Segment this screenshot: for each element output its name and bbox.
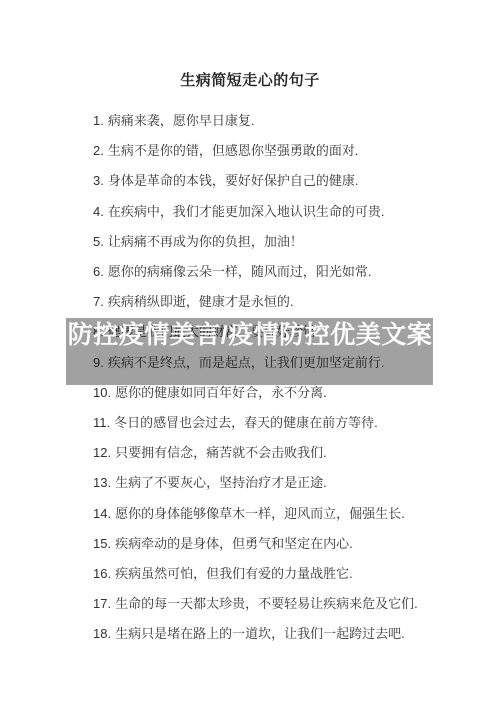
document-page: 生病简短走心的句子 1.病痛来袭，愿你早日康复.2.生病不是你的错，但感恩你坚强… <box>0 0 500 706</box>
list-item: 6.愿你的病痛像云朵一样，随风而过，阳光如常. <box>93 257 470 287</box>
item-number: 10. <box>93 385 111 400</box>
item-text: 愿你的健康如同百年好合，永不分离. <box>115 385 327 400</box>
item-text: 生病不是你的错，但感恩你坚强勇敢的面对. <box>108 143 359 158</box>
list-item: 11.冬日的感冒也会过去，春天的健康在前方等待. <box>93 408 470 438</box>
list-item: 1.病痛来袭，愿你早日康复. <box>93 106 470 136</box>
item-number: 6. <box>93 264 104 279</box>
list-item: 17.生命的每一天都太珍贵，不要轻易让疾病来危及它们. <box>93 589 470 619</box>
item-text: 疾病牵动的是身体，但勇气和坚定在内心. <box>115 536 353 551</box>
item-text: 生命的每一天都太珍贵，不要轻易让疾病来危及它们. <box>115 596 418 611</box>
item-number: 14. <box>93 506 111 521</box>
item-text: 生病了不要灰心，坚持治疗才是正途. <box>115 475 327 490</box>
list-item: 18.生病只是堵在路上的一道坎，让我们一起跨过去吧. <box>93 619 470 649</box>
item-text: 愿你的病痛像云朵一样，随风而过，阳光如常. <box>108 264 372 279</box>
watermark-title: 防控疫情美言/疫情防控优美文案 <box>66 319 434 385</box>
item-number: 1. <box>93 113 104 128</box>
list-item: 2.生病不是你的错，但感恩你坚强勇敢的面对. <box>93 136 470 166</box>
item-number: 18. <box>93 626 111 641</box>
list-item: 15.疾病牵动的是身体，但勇气和坚定在内心. <box>93 529 470 559</box>
item-number: 4. <box>93 204 104 219</box>
item-number: 13. <box>93 475 111 490</box>
item-text: 愿你的身体能够像草木一样，迎风而立，倔强生长. <box>115 506 405 521</box>
item-number: 2. <box>93 143 104 158</box>
item-number: 5. <box>93 234 104 249</box>
item-number: 15. <box>93 536 111 551</box>
item-text: 疾病稍纵即逝，健康才是永恒的. <box>108 294 294 309</box>
item-text: 病痛来袭，愿你早日康复. <box>108 113 255 128</box>
item-number: 12. <box>93 445 111 460</box>
item-number: 3. <box>93 173 104 188</box>
list-item: 3.身体是革命的本钱，要好好保护自己的健康. <box>93 166 470 196</box>
item-number: 17. <box>93 596 111 611</box>
list-item: 12.只要拥有信念，痛苦就不会击败我们. <box>93 438 470 468</box>
list-item: 7.疾病稍纵即逝，健康才是永恒的. <box>93 287 470 317</box>
item-text: 身体是革命的本钱，要好好保护自己的健康. <box>108 173 359 188</box>
list-item: 14.愿你的身体能够像草木一样，迎风而立，倔强生长. <box>93 499 470 529</box>
item-text: 在疾病中，我们才能更加深入地认识生命的可贵. <box>108 204 385 219</box>
list-item: 5.让病痛不再成为你的负担，加油！ <box>93 227 470 257</box>
list-item: 13.生病了不要灰心，坚持治疗才是正途. <box>93 468 470 498</box>
list-item: 4.在疾病中，我们才能更加深入地认识生命的可贵. <box>93 197 470 227</box>
item-text: 让病痛不再成为你的负担，加油！ <box>108 234 303 249</box>
item-text: 只要拥有信念，痛苦就不会击败我们. <box>115 445 327 460</box>
page-title: 生病简短走心的句子 <box>0 69 500 90</box>
list-item: 16.疾病虽然可怕，但我们有爱的力量战胜它. <box>93 559 470 589</box>
item-text: 疾病虽然可怕，但我们有爱的力量战胜它. <box>115 566 353 581</box>
item-number: 11. <box>93 415 110 430</box>
item-number: 16. <box>93 566 111 581</box>
item-number: 7. <box>93 294 104 309</box>
item-text: 冬日的感冒也会过去，春天的健康在前方等待. <box>114 415 378 430</box>
item-text: 生病只是堵在路上的一道坎，让我们一起跨过去吧. <box>115 626 405 641</box>
